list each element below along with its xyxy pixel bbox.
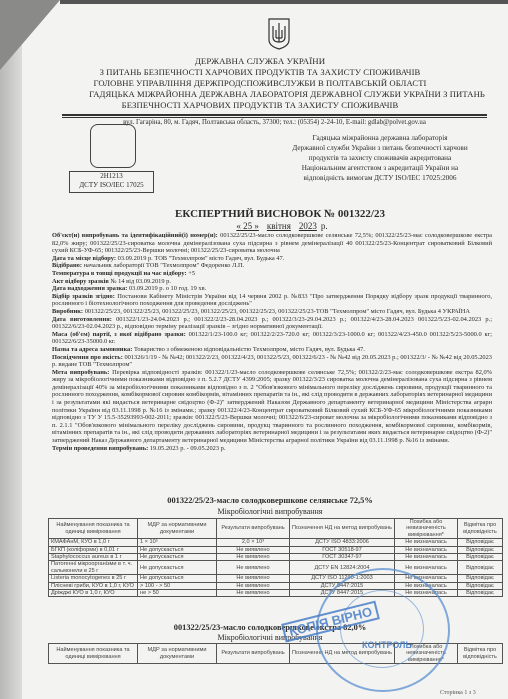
document-date: « 25 »квітня2023р. <box>60 221 500 231</box>
cell-indicator: Listeria monocytogenes в 25 г <box>49 575 138 582</box>
cell-result: Не виявлено <box>217 561 290 575</box>
accreditation-line: Гадяцька міжрайонна державна лабораторія <box>270 133 490 143</box>
registration-stamp-box <box>90 124 136 168</box>
column-header: Найменування показника та одиниці вимірю… <box>49 519 138 539</box>
cell-uncertainty: Не визначалась <box>395 539 458 546</box>
section1-title: 001322/25/23-масло солодковершкове селян… <box>40 496 500 505</box>
accreditation-line: відповідність вимогам ДСТУ ISO/IEC 17025… <box>270 173 490 183</box>
date-day: « 25 » <box>236 221 259 231</box>
field-act: Акт відбору зразків № 14 від 03.09.2019 … <box>52 278 492 286</box>
table-header-row: Найменування показника та одиниці вимірю… <box>49 519 503 539</box>
field-value: 03.09.2019 р. ТОВ "Техмолпром" місто Гад… <box>118 255 285 262</box>
cell-result: 2,0 × 10³ <box>217 539 290 546</box>
column-header: Відмітка про відповідність <box>458 644 503 664</box>
cell-limit: не > 50 <box>138 590 217 597</box>
section1-subtitle: Мікробіологічні випробування <box>40 507 500 516</box>
field-label: Виробник: <box>52 308 83 315</box>
field-customer: Назва та адреса замовника: Товариство з … <box>52 346 492 354</box>
field-value: Перевірка відповідності зразків: 001322/… <box>52 369 492 444</box>
field-label: Дата виготовлення: <box>52 316 112 323</box>
cell-conformity: Відповідає <box>458 539 503 546</box>
cell-method: ГОСТ 30518-97 <box>290 546 395 553</box>
cell-result: Не виявлено <box>217 590 290 597</box>
field-sampling-basis: Відбір зразків згідно: Постанови Кабінет… <box>52 293 492 308</box>
cell-conformity: Відповідає <box>458 554 503 561</box>
column-header: Результати випробувань <box>217 519 290 539</box>
field-value: 19.05.2023 р. - 09.05.2023 р. <box>150 445 226 452</box>
field-label: Акт відбору зразків <box>52 278 109 285</box>
column-header: Найменування показника та одиниці вимірю… <box>49 644 138 664</box>
column-header: Позначення НД на метод випробувань <box>290 519 395 539</box>
cell-limit: Не допускається <box>138 554 217 561</box>
header-divider-thin <box>62 117 487 118</box>
field-value: 001322/25/23, 001322/25/23, 001322/25/23… <box>85 308 470 315</box>
field-label: Відібрано: <box>52 262 82 269</box>
accreditation-line: Національним агентством з акредитації Ук… <box>270 163 490 173</box>
date-month: квітня <box>267 221 291 231</box>
field-manufacturer: Виробник: 001322/25/23, 001322/25/23, 00… <box>52 308 492 316</box>
trident-coat-of-arms-icon <box>268 18 290 50</box>
column-header: МДР за нормативними документами <box>138 644 217 664</box>
field-label: Маса (об'єм) партії, з якої відібрано зр… <box>52 331 186 338</box>
field-label: Об'єкт(и) випробувань та ідентифікаційни… <box>52 232 218 239</box>
cell-uncertainty: Не визначалась <box>395 554 458 561</box>
field-label: Термін проведення випробувань: <box>52 445 148 452</box>
cell-conformity: Відповідає <box>458 575 503 582</box>
cell-indicator: КМАФАнМ, КУО в 1,0 г <box>49 539 138 546</box>
cell-conformity: Відповідає <box>458 590 503 597</box>
date-suffix: р. <box>321 221 328 231</box>
header-line-1: ДЕРЖАВНА СЛУЖБА УКРАЇНИ <box>40 56 480 67</box>
header-line-3: ГОЛОВНЕ УПРАВЛІННЯ ДЕРЖПРОДСПОЖИВСЛУЖБИ … <box>40 78 480 89</box>
scan-shadow-edge <box>0 0 22 699</box>
field-label: Відбір зразків згідно: <box>52 293 115 300</box>
field-label: Назва та адреса замовника: <box>52 346 132 353</box>
scan-top-edge <box>60 0 508 4</box>
cell-indicator: Staphylococcus aureus в 1 г <box>49 554 138 561</box>
document-body: Об'єкт(и) випробувань та ідентифікаційни… <box>52 232 492 452</box>
accreditation-line: Державної служби України з питань безпеч… <box>270 143 490 153</box>
cell-result: Не виявлено <box>217 575 290 582</box>
date-year: 2023 <box>299 221 317 231</box>
field-value: 03.09.2019 р. о 10 год. 19 хв. <box>129 285 206 292</box>
cell-indicator: Патогенні мікроорганізми в т. ч. сальмон… <box>49 561 138 575</box>
header-line-4: ГАДЯЦЬКА МІЖРАЙОННА ДЕРЖАВНА ЛАБОРАТОРІЯ… <box>72 89 502 100</box>
field-value: Товариство з обмеженою відповідальністю … <box>134 346 365 353</box>
table-row: Плісневі гриби, КУО в 1,0 г, КУО > 100 -… <box>49 582 503 589</box>
accreditation-standard: ДСТУ ISO/IEC 17025 <box>70 181 153 190</box>
table-row: Listeria monocytogenes в 25 г Не допуска… <box>49 575 503 582</box>
cell-conformity: Відповідає <box>458 546 503 553</box>
cell-result: Не виявлено <box>217 582 290 589</box>
cell-limit: Не допускається <box>138 575 217 582</box>
field-label: Посвідчення про якість: <box>52 354 123 361</box>
column-header: Похибка або невизначеність вимірювання* <box>395 519 458 539</box>
field-objects: Об'єкт(и) випробувань та ідентифікаційни… <box>52 232 492 255</box>
table-row: Staphylococcus aureus в 1 г Не допускаєт… <box>49 554 503 561</box>
document-page: ДЕРЖАВНА СЛУЖБА УКРАЇНИ З ПИТАНЬ БЕЗПЕЧН… <box>0 0 508 699</box>
accreditation-statement: Гадяцька міжрайонна державна лабораторія… <box>270 133 490 183</box>
field-value: начальник лабораторії ТОВ "Техмолпром" Ф… <box>84 262 245 269</box>
results-table-1: Найменування показника та одиниці вимірю… <box>48 518 503 597</box>
accreditation-code: 2Н1213 <box>70 172 153 181</box>
laboratory-round-seal-inner <box>340 590 424 668</box>
cell-result: Не виявлено <box>217 546 290 553</box>
field-purpose: Мета випробувань: Перевірка відповідност… <box>52 369 492 445</box>
column-header: Відмітка про відповідність <box>458 519 503 539</box>
cell-uncertainty: Не визначалась <box>395 546 458 553</box>
field-quality-cert: Посвідчення про якість: 001326/1/19 - № … <box>52 354 492 369</box>
field-label: Дата надходження зразка: <box>52 285 127 292</box>
field-receipt: Дата надходження зразка: 03.09.2019 р. о… <box>52 285 492 293</box>
page-number: Сторінка 1 з 3 <box>440 690 476 696</box>
table-row: Патогенні мікроорганізми в т. ч. сальмон… <box>49 561 503 575</box>
cell-result: Не виявлено <box>217 554 290 561</box>
cell-indicator: БГКП (коліформи) в 0,01 г <box>49 546 138 553</box>
cell-method: ДСТУ ISO 4833:2006 <box>290 539 395 546</box>
cell-conformity: Відповідає <box>458 582 503 589</box>
field-value: Постанови Кабінету Міністрів України від… <box>52 293 492 308</box>
table-row: БГКП (коліформи) в 0,01 г Не допускаєтьс… <box>49 546 503 553</box>
cell-indicator: Плісневі гриби, КУО в 1,0 г, КУО <box>49 582 138 589</box>
document-title: ЕКСПЕРТНИЙ ВИСНОВОК № 001322/23 <box>60 208 500 220</box>
header-line-5: БЕЗПЕЧНОСТІ ХАРЧОВИХ ПРОДУКТІВ ТА ЗАХИСТ… <box>40 100 480 111</box>
field-sampled-by: Відібрано: начальник лабораторії ТОВ "Те… <box>52 262 492 270</box>
field-value: +5 <box>188 270 195 277</box>
column-header: Результати випробувань <box>217 644 290 664</box>
cell-method: ГОСТ 30347-97 <box>290 554 395 561</box>
table-row: КМАФАнМ, КУО в 1,0 г 1 × 10⁵ 2,0 × 10³ Д… <box>49 539 503 546</box>
column-header: МДР за нормативними документами <box>138 519 217 539</box>
field-temperature: Температура в товщі продукції на час від… <box>52 270 492 278</box>
field-value: 001322/1/23-24.04.2023 р.; 001322/2/23-2… <box>52 316 492 331</box>
field-value: № 14 від 03.09.2019 р. <box>110 278 170 285</box>
header-divider <box>62 114 487 116</box>
field-label: Дата та місце відбору: <box>52 255 116 262</box>
seal-text: КОНТРОЛЬ <box>362 640 412 650</box>
field-label: Мета випробувань: <box>52 369 109 376</box>
field-label: Температура в товщі продукції на час від… <box>52 270 187 277</box>
header-line-2: З ПИТАНЬ БЕЗПЕЧНОСТІ ХАРЧОВИХ ПРОДУКТІВ … <box>40 67 480 78</box>
cell-limit: > 100 - > 50 <box>138 582 217 589</box>
cell-limit: Не допускається <box>138 561 217 575</box>
field-batch: Маса (об'єм) партії, з якої відібрано зр… <box>52 331 492 346</box>
field-sampling-date: Дата та місце відбору: 03.09.2019 р. ТОВ… <box>52 255 492 263</box>
accreditation-line: продуктів та захисту споживачів акредито… <box>270 153 490 163</box>
field-production-date: Дата виготовлення: 001322/1/23-24.04.202… <box>52 316 492 331</box>
cell-limit: Не допускається <box>138 546 217 553</box>
cell-indicator: Дріжджі КУО в 1,0 г, КУО <box>49 590 138 597</box>
cell-conformity: Відповідає <box>458 561 503 575</box>
cell-limit: 1 × 10⁵ <box>138 539 217 546</box>
accreditation-box: 2Н1213 ДСТУ ISO/IEC 17025 <box>69 171 154 193</box>
field-term: Термін проведення випробувань: 19.05.202… <box>52 445 492 453</box>
